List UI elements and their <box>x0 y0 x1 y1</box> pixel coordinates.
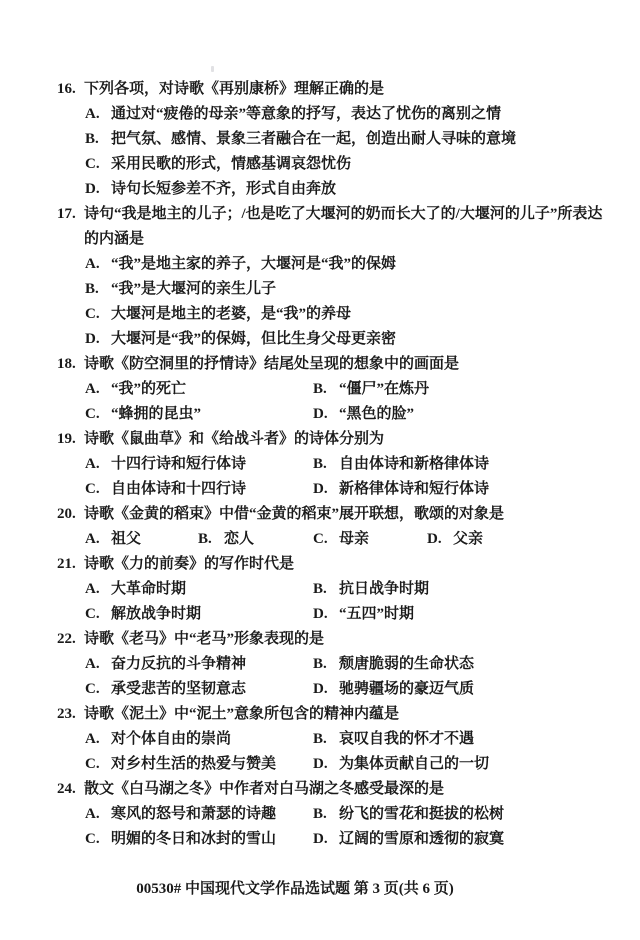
question-number: 18. <box>57 352 84 377</box>
option-text: 诗句长短参差不齐，形式自由奔放 <box>111 177 336 202</box>
option-text: 哀叹自我的怀才不遇 <box>339 727 474 752</box>
option-text: 通过对“疲倦的母亲”等意象的抒写，表达了忧伤的离别之情 <box>111 102 501 127</box>
options: A.“我”的死亡B.“僵尸”在炼丹C.“蜂拥的昆虫”D.“黑色的脸” <box>85 377 603 427</box>
question-text: 诗歌《金黄的稻束》中借“金黄的稻束”展开联想，歌颂的对象是 <box>84 502 603 527</box>
question-16: 16.下列各项，对诗歌《再别康桥》理解正确的是A.通过对“疲倦的母亲”等意象的抒… <box>57 77 603 202</box>
option-text: “我”是大堰河的亲生儿子 <box>111 277 276 302</box>
option-label: C. <box>313 527 339 552</box>
option-D: D.新格律体诗和短行体诗 <box>313 477 603 502</box>
option-A: A.祖父 <box>85 527 198 552</box>
option-label: C. <box>85 402 111 427</box>
option-C: C.大堰河是地主的老婆，是“我”的养母 <box>85 302 603 327</box>
option-text: 大堰河是“我”的保姆，但比生身父母更亲密 <box>111 327 396 352</box>
option-label: C. <box>85 602 111 627</box>
option-B: B.纷飞的雪花和挺拔的松树 <box>313 802 603 827</box>
option-text: 大堰河是地主的老婆，是“我”的养母 <box>111 302 351 327</box>
option-A: A.十四行诗和短行体诗 <box>85 452 313 477</box>
options: A.奋力反抗的斗争精神B.颓唐脆弱的生命状态C.承受悲苦的坚韧意志D.驰骋疆场的… <box>85 652 603 702</box>
option-text: 恋人 <box>224 527 254 552</box>
option-text: 颓唐脆弱的生命状态 <box>339 652 474 677</box>
question-text-line: 诗歌《泥土》中“泥土”意象所包含的精神内蕴是 <box>84 702 603 727</box>
option-text: 大革命时期 <box>111 577 186 602</box>
option-text: 为集体贡献自己的一切 <box>339 752 489 777</box>
option-B: B.抗日战争时期 <box>313 577 603 602</box>
question-text: 下列各项，对诗歌《再别康桥》理解正确的是 <box>84 77 603 102</box>
option-label: D. <box>313 402 339 427</box>
option-text: 母亲 <box>339 527 369 552</box>
option-label: B. <box>85 127 111 152</box>
option-D: D.为集体贡献自己的一切 <box>313 752 603 777</box>
option-label: A. <box>85 727 111 752</box>
option-text: 承受悲苦的坚韧意志 <box>111 677 246 702</box>
option-text: 辽阔的雪原和透彻的寂寞 <box>339 827 504 852</box>
option-label: B. <box>198 527 224 552</box>
option-A: A.对个体自由的崇尚 <box>85 727 313 752</box>
question-stem: 16.下列各项，对诗歌《再别康桥》理解正确的是 <box>57 77 603 102</box>
option-label: C. <box>85 152 111 177</box>
question-text: 诗歌《泥土》中“泥土”意象所包含的精神内蕴是 <box>84 702 603 727</box>
option-label: A. <box>85 377 111 402</box>
option-C: C.明媚的冬日和冰封的雪山 <box>85 827 313 852</box>
question-number: 17. <box>57 202 84 252</box>
options: A.通过对“疲倦的母亲”等意象的抒写，表达了忧伤的离别之情B.把气氛、感情、景象… <box>85 102 603 202</box>
option-B: B.恋人 <box>198 527 313 552</box>
question-stem: 24.散文《白马湖之冬》中作者对白马湖之冬感受最深的是 <box>57 777 603 802</box>
question-23: 23.诗歌《泥土》中“泥土”意象所包含的精神内蕴是A.对个体自由的崇尚B.哀叹自… <box>57 702 603 777</box>
question-stem: 18.诗歌《防空洞里的抒情诗》结尾处呈现的想象中的画面是 <box>57 352 603 377</box>
option-label: B. <box>313 727 339 752</box>
option-label: D. <box>85 327 111 352</box>
question-list: 16.下列各项，对诗歌《再别康桥》理解正确的是A.通过对“疲倦的母亲”等意象的抒… <box>57 77 603 852</box>
options: A.对个体自由的崇尚B.哀叹自我的怀才不遇C.对乡村生活的热爱与赞美D.为集体贡… <box>85 727 603 777</box>
question-stem: 19.诗歌《鼠曲草》和《给战斗者》的诗体分别为 <box>57 427 603 452</box>
options: A.大革命时期B.抗日战争时期C.解放战争时期D.“五四”时期 <box>85 577 603 627</box>
question-text: 诗歌《防空洞里的抒情诗》结尾处呈现的想象中的画面是 <box>84 352 603 377</box>
question-stem: 23.诗歌《泥土》中“泥土”意象所包含的精神内蕴是 <box>57 702 603 727</box>
option-label: D. <box>313 827 339 852</box>
option-C: C.承受悲苦的坚韧意志 <box>85 677 313 702</box>
option-label: C. <box>85 302 111 327</box>
option-D: D.大堰河是“我”的保姆，但比生身父母更亲密 <box>85 327 603 352</box>
question-text-line: 诗歌《老马》中“老马”形象表现的是 <box>84 627 603 652</box>
option-text: 纷飞的雪花和挺拔的松树 <box>339 802 504 827</box>
question-stem: 20.诗歌《金黄的稻束》中借“金黄的稻束”展开联想，歌颂的对象是 <box>57 502 603 527</box>
question-text-line: 诗歌《鼠曲草》和《给战斗者》的诗体分别为 <box>84 427 603 452</box>
option-D: D.诗句长短参差不齐，形式自由奔放 <box>85 177 603 202</box>
option-label: A. <box>85 652 111 677</box>
option-text: 解放战争时期 <box>111 602 201 627</box>
option-label: B. <box>313 652 339 677</box>
question-number: 24. <box>57 777 84 802</box>
option-C: C.解放战争时期 <box>85 602 313 627</box>
option-text: 把气氛、感情、景象三者融合在一起，创造出耐人寻味的意境 <box>111 127 516 152</box>
question-text-line: 散文《白马湖之冬》中作者对白马湖之冬感受最深的是 <box>84 777 603 802</box>
options: A.“我”是地主家的养子，大堰河是“我”的保姆B.“我”是大堰河的亲生儿子C.大… <box>85 252 603 352</box>
option-A: A.通过对“疲倦的母亲”等意象的抒写，表达了忧伤的离别之情 <box>85 102 603 127</box>
question-text: 散文《白马湖之冬》中作者对白马湖之冬感受最深的是 <box>84 777 603 802</box>
option-text: 驰骋疆场的豪迈气质 <box>339 677 474 702</box>
option-label: A. <box>85 102 111 127</box>
option-label: D. <box>427 527 453 552</box>
option-text: 父亲 <box>453 527 483 552</box>
option-label: D. <box>313 477 339 502</box>
question-text-line: 下列各项，对诗歌《再别康桥》理解正确的是 <box>84 77 603 102</box>
question-text-line: 的内涵是 <box>84 227 603 252</box>
question-text: 诗歌《力的前奏》的写作时代是 <box>84 552 603 577</box>
option-text: 寒风的怒号和萧瑟的诗趣 <box>111 802 276 827</box>
option-text: 自由体诗和十四行诗 <box>111 477 246 502</box>
option-text: 明媚的冬日和冰封的雪山 <box>111 827 276 852</box>
option-A: A.大革命时期 <box>85 577 313 602</box>
scan-artifact <box>211 66 214 72</box>
footer-text: 00530# 中国现代文学作品选试题 第 3 页(共 6 页) <box>136 881 454 897</box>
option-text: “黑色的脸” <box>339 402 414 427</box>
option-label: B. <box>313 377 339 402</box>
options: A.祖父B.恋人C.母亲D.父亲 <box>85 527 603 552</box>
question-text: 诗歌《鼠曲草》和《给战斗者》的诗体分别为 <box>84 427 603 452</box>
question-18: 18.诗歌《防空洞里的抒情诗》结尾处呈现的想象中的画面是A.“我”的死亡B.“僵… <box>57 352 603 427</box>
question-number: 22. <box>57 627 84 652</box>
option-label: A. <box>85 527 111 552</box>
question-21: 21.诗歌《力的前奏》的写作时代是A.大革命时期B.抗日战争时期C.解放战争时期… <box>57 552 603 627</box>
option-text: “我”是地主家的养子，大堰河是“我”的保姆 <box>111 252 396 277</box>
option-text: “我”的死亡 <box>111 377 186 402</box>
option-C: C.自由体诗和十四行诗 <box>85 477 313 502</box>
option-label: D. <box>313 752 339 777</box>
option-text: 十四行诗和短行体诗 <box>111 452 246 477</box>
option-label: C. <box>85 677 111 702</box>
question-text-line: 诗歌《力的前奏》的写作时代是 <box>84 552 603 577</box>
option-C: C.母亲 <box>313 527 427 552</box>
option-C: C.采用民歌的形式，情感基调哀怨忧伤 <box>85 152 603 177</box>
question-text-line: 诗句“我是地主的儿子；/也是吃了大堰河的奶而长大了的/大堰河的儿子”所表达 <box>84 202 603 227</box>
option-text: 祖父 <box>111 527 141 552</box>
option-D: D.“黑色的脸” <box>313 402 603 427</box>
question-text-line: 诗歌《金黄的稻束》中借“金黄的稻束”展开联想，歌颂的对象是 <box>84 502 603 527</box>
option-text: 对乡村生活的热爱与赞美 <box>111 752 276 777</box>
page-footer: 00530# 中国现代文学作品选试题 第 3 页(共 6 页) <box>0 877 640 902</box>
option-label: B. <box>313 577 339 602</box>
option-text: “僵尸”在炼丹 <box>339 377 429 402</box>
option-B: B.“我”是大堰河的亲生儿子 <box>85 277 603 302</box>
option-B: B.“僵尸”在炼丹 <box>313 377 603 402</box>
option-label: B. <box>85 277 111 302</box>
option-text: “五四”时期 <box>339 602 414 627</box>
option-text: 新格律体诗和短行体诗 <box>339 477 489 502</box>
question-number: 20. <box>57 502 84 527</box>
option-label: B. <box>313 802 339 827</box>
option-D: D.父亲 <box>427 527 603 552</box>
option-label: D. <box>85 177 111 202</box>
option-label: D. <box>313 602 339 627</box>
option-label: D. <box>313 677 339 702</box>
question-22: 22.诗歌《老马》中“老马”形象表现的是A.奋力反抗的斗争精神B.颓唐脆弱的生命… <box>57 627 603 702</box>
scanned-exam-page: { "colors": { "paper": "#ffffff", "ink":… <box>0 0 640 940</box>
option-D: D.辽阔的雪原和透彻的寂寞 <box>313 827 603 852</box>
option-B: B.哀叹自我的怀才不遇 <box>313 727 603 752</box>
option-C: C.对乡村生活的热爱与赞美 <box>85 752 313 777</box>
option-label: B. <box>313 452 339 477</box>
option-text: 对个体自由的崇尚 <box>111 727 231 752</box>
options: A.寒风的怒号和萧瑟的诗趣B.纷飞的雪花和挺拔的松树C.明媚的冬日和冰封的雪山D… <box>85 802 603 852</box>
option-C: C.“蜂拥的昆虫” <box>85 402 313 427</box>
option-A: A.寒风的怒号和萧瑟的诗趣 <box>85 802 313 827</box>
option-label: A. <box>85 452 111 477</box>
option-label: C. <box>85 477 111 502</box>
option-text: 奋力反抗的斗争精神 <box>111 652 246 677</box>
question-stem: 21.诗歌《力的前奏》的写作时代是 <box>57 552 603 577</box>
option-label: A. <box>85 802 111 827</box>
question-24: 24.散文《白马湖之冬》中作者对白马湖之冬感受最深的是A.寒风的怒号和萧瑟的诗趣… <box>57 777 603 852</box>
option-text: 自由体诗和新格律体诗 <box>339 452 489 477</box>
question-19: 19.诗歌《鼠曲草》和《给战斗者》的诗体分别为A.十四行诗和短行体诗B.自由体诗… <box>57 427 603 502</box>
option-D: D.“五四”时期 <box>313 602 603 627</box>
option-D: D.驰骋疆场的豪迈气质 <box>313 677 603 702</box>
option-B: B.颓唐脆弱的生命状态 <box>313 652 603 677</box>
question-number: 23. <box>57 702 84 727</box>
option-text: 采用民歌的形式，情感基调哀怨忧伤 <box>111 152 351 177</box>
question-stem: 17.诗句“我是地主的儿子；/也是吃了大堰河的奶而长大了的/大堰河的儿子”所表达… <box>57 202 603 252</box>
option-label: C. <box>85 827 111 852</box>
option-B: B.把气氛、感情、景象三者融合在一起，创造出耐人寻味的意境 <box>85 127 603 152</box>
option-A: A.“我”是地主家的养子，大堰河是“我”的保姆 <box>85 252 603 277</box>
question-stem: 22.诗歌《老马》中“老马”形象表现的是 <box>57 627 603 652</box>
option-A: A.奋力反抗的斗争精神 <box>85 652 313 677</box>
option-label: A. <box>85 577 111 602</box>
question-text: 诗句“我是地主的儿子；/也是吃了大堰河的奶而长大了的/大堰河的儿子”所表达的内涵… <box>84 202 603 252</box>
question-text-line: 诗歌《防空洞里的抒情诗》结尾处呈现的想象中的画面是 <box>84 352 603 377</box>
option-text: 抗日战争时期 <box>339 577 429 602</box>
question-number: 19. <box>57 427 84 452</box>
question-number: 21. <box>57 552 84 577</box>
option-text: “蜂拥的昆虫” <box>111 402 201 427</box>
option-label: C. <box>85 752 111 777</box>
question-number: 16. <box>57 77 84 102</box>
options: A.十四行诗和短行体诗B.自由体诗和新格律体诗C.自由体诗和十四行诗D.新格律体… <box>85 452 603 502</box>
option-label: A. <box>85 252 111 277</box>
question-17: 17.诗句“我是地主的儿子；/也是吃了大堰河的奶而长大了的/大堰河的儿子”所表达… <box>57 202 603 352</box>
question-text: 诗歌《老马》中“老马”形象表现的是 <box>84 627 603 652</box>
option-B: B.自由体诗和新格律体诗 <box>313 452 603 477</box>
question-20: 20.诗歌《金黄的稻束》中借“金黄的稻束”展开联想，歌颂的对象是A.祖父B.恋人… <box>57 502 603 552</box>
option-A: A.“我”的死亡 <box>85 377 313 402</box>
